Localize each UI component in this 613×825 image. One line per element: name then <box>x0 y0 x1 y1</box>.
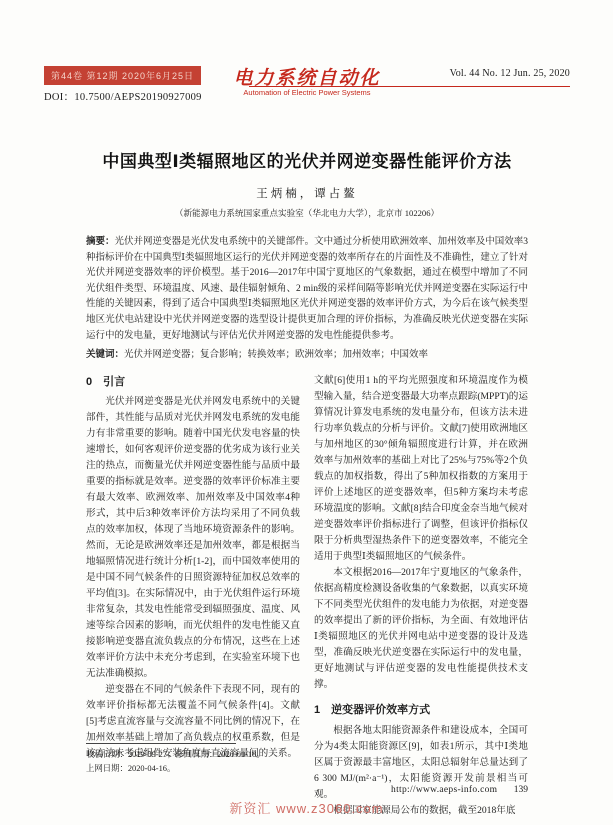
paragraph: 光伏并网逆变器是光伏并网发电系统中的关键部件，其性能与品质对光伏并网发电系统的发… <box>86 394 300 682</box>
page-footer: http://www.aeps-info.com 139 <box>391 785 528 795</box>
section-1-heading: 1 逆变器评价效率方式 <box>314 701 528 717</box>
journal-logo: 电力系统自动化 <box>233 63 380 90</box>
doi-text: DOI：10.7500/AEPS20190927009 <box>44 89 202 104</box>
journal-url-link[interactable]: http://www.aeps-info.com <box>391 785 497 795</box>
paragraph: 本文根据2016—2017年宁夏地区的气象条件，依据高精度检测设备收集的气象数据… <box>314 565 528 693</box>
issue-info-badge: 第44卷 第12期 2020年6月25日 <box>44 66 201 85</box>
online-date: 上网日期：2020-04-16。 <box>86 762 265 776</box>
section-0-heading: 0 引言 <box>86 373 300 389</box>
abstract-text: 光伏并网逆变器是光伏发电系统中的关键部件。文中通过分析使用欧洲效率、加州效率及中… <box>86 237 528 341</box>
abstract-label: 摘要： <box>86 236 115 247</box>
keywords-label: 关键词： <box>86 349 124 360</box>
footnote: 收稿日期：2019-09-27；修回日期：2020-01-18。 上网日期：20… <box>86 743 265 775</box>
volume-info: Vol. 44 No. 12 Jun. 25, 2020 <box>450 68 570 79</box>
abstract: 摘要：光伏并网逆变器是光伏发电系统中的关键部件。文中通过分析使用欧洲效率、加州效… <box>86 234 528 344</box>
page-number: 139 <box>514 785 528 795</box>
authors: 王炳楠，谭占鳌 <box>86 185 528 201</box>
paper-page: 第44卷 第12期 2020年6月25日 电力系统自动化 Automation … <box>0 0 613 825</box>
keywords: 关键词：光伏并网逆变器；复合影响；转换效率；欧洲效率；加州效率；中国效率 <box>86 347 528 364</box>
footnote-rule <box>86 743 236 744</box>
left-column: 0 引言 光伏并网逆变器是光伏并网发电系统中的关键部件，其性能与品质对光伏并网发… <box>86 373 300 762</box>
right-column: 文献[6]使用1 h的平均光照强度和环境温度作为模型输入量，结合逆变器最大功率点… <box>314 373 528 819</box>
affiliation: （新能源电力系统国家重点实验室（华北电力大学），北京市 102206） <box>86 207 528 219</box>
received-revised-dates: 收稿日期：2019-09-27；修回日期：2020-01-18。 <box>86 748 265 762</box>
watermark-link[interactable]: 新资汇 www.z3060.com <box>0 798 613 817</box>
journal-name-en: Automation of Electric Power Systems <box>243 88 370 97</box>
paragraph: 文献[6]使用1 h的平均光照强度和环境温度作为模型输入量，结合逆变器最大功率点… <box>314 373 528 565</box>
keywords-text: 光伏并网逆变器；复合影响；转换效率；欧洲效率；加州效率；中国效率 <box>124 350 428 360</box>
journal-header: 第44卷 第12期 2020年6月25日 电力系统自动化 Automation … <box>44 63 570 105</box>
article-title: 中国典型Ⅰ类辐照地区的光伏并网逆变器性能评价方法 <box>86 147 528 172</box>
article-content: 中国典型Ⅰ类辐照地区的光伏并网逆变器性能评价方法 王炳楠，谭占鳌 （新能源电力系… <box>86 147 528 819</box>
journal-name-cn: 电力系统自动化 <box>233 63 380 90</box>
